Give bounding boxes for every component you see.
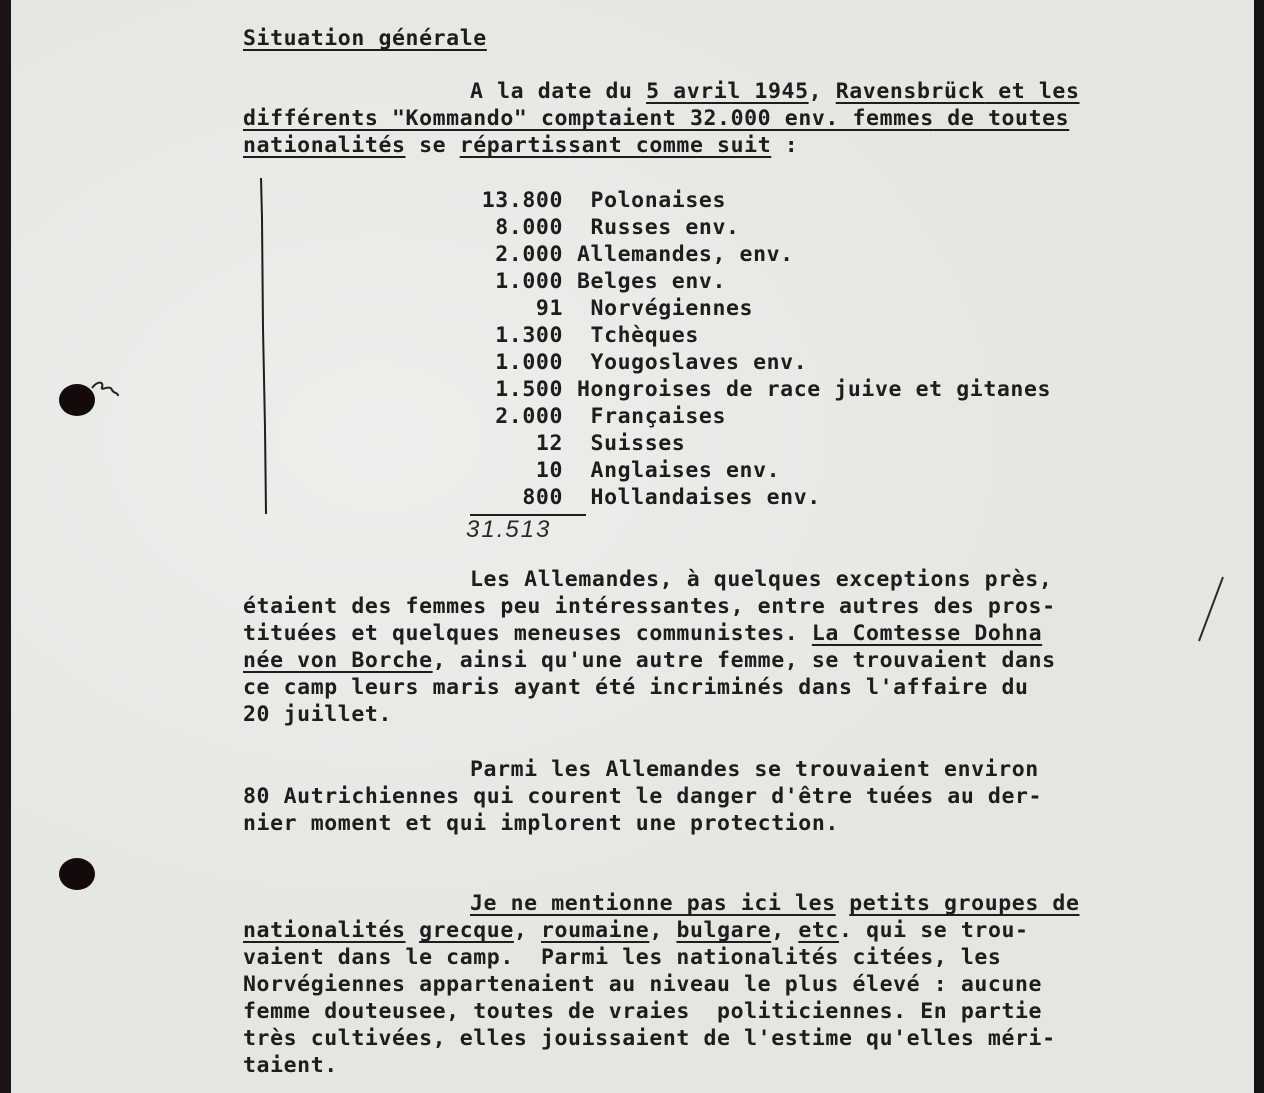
breakdown-label: Anglaises env. — [577, 458, 780, 484]
breakdown-count: 800 — [443, 485, 563, 511]
breakdown-row: 1.000 Yougoslaves env. — [443, 350, 1143, 376]
ink-scribble-icon — [90, 378, 120, 400]
para4-line-7: taient. — [243, 1053, 338, 1079]
text: de toutes — [934, 106, 1069, 131]
breakdown-row: 2.000 Françaises — [443, 404, 1143, 430]
text: , — [771, 918, 798, 943]
text: différents "Kommando" — [243, 106, 527, 131]
breakdown-label: Yougoslaves env. — [577, 350, 807, 376]
text: nationalités — [243, 133, 406, 158]
text: née von Borche — [243, 648, 433, 673]
margin-bracket-line — [259, 178, 269, 514]
text: se — [406, 133, 460, 158]
breakdown-row: 2.000Allemandes, env. — [443, 242, 1143, 268]
text: La Comtesse Dohna — [812, 621, 1042, 646]
breakdown-label: Françaises — [577, 404, 726, 430]
para4-line-6: très cultivées, elles jouissaient de l'e… — [243, 1026, 1056, 1052]
scanned-page: Situation générale A la date du 5 avril … — [0, 0, 1264, 1093]
text: , ainsi qu'une autre femme, se trouvaien… — [433, 648, 1056, 673]
breakdown-row: 800 Hollandaises env. — [443, 485, 1143, 511]
breakdown-count: 1.000 — [443, 350, 563, 376]
breakdown-label: Hongroises de race juive et gitanes — [577, 377, 1051, 403]
para3-line-2: 80 Autrichiennes qui courent le danger d… — [243, 784, 1042, 810]
text: A la date du — [470, 79, 646, 104]
para3-line-3: nier moment et qui implorent une protect… — [243, 811, 839, 837]
breakdown-count: 2.000 — [443, 242, 563, 268]
para4-line-2: nationalités grecque, roumaine, bulgare,… — [243, 918, 1029, 944]
breakdown-count: 2.000 — [443, 404, 563, 430]
scan-border-right — [1254, 0, 1264, 1093]
section-heading: Situation générale — [243, 26, 487, 52]
text: bulgare — [676, 918, 771, 943]
breakdown-count: 1.500 — [443, 377, 563, 403]
breakdown-row: 12 Suisses — [443, 431, 1143, 457]
para3-line-1: Parmi les Allemandes se trouvaient envir… — [470, 757, 1039, 783]
breakdown-row: 1.500Hongroises de race juive et gitanes — [443, 377, 1143, 403]
margin-pencil-mark — [1195, 575, 1225, 645]
breakdown-count: 1.300 — [443, 323, 563, 349]
intro-line-1: A la date du 5 avril 1945, Ravensbrück e… — [470, 79, 1080, 105]
breakdown-count: 91 — [443, 296, 563, 322]
breakdown-label: Russes env. — [577, 215, 740, 241]
para4-line-3: vaient dans le camp. Parmi les nationali… — [243, 945, 1001, 971]
intro-line-2: différents "Kommando" comptaient 32.000 … — [243, 106, 1069, 132]
para4-line-1: Je ne mentionne pas ici les petits group… — [470, 891, 1080, 917]
breakdown-count: 8.000 — [443, 215, 563, 241]
handwritten-total: 31.513 — [466, 516, 551, 544]
text: tituées et quelques meneuses communistes… — [243, 621, 812, 646]
scan-border-left — [0, 0, 11, 1093]
breakdown-row: 10 Anglaises env. — [443, 458, 1143, 484]
intro-line-3: nationalités se répartissant comme suit … — [243, 133, 798, 159]
text: etc — [798, 918, 839, 943]
place-text: Ravensbrück — [836, 79, 985, 104]
breakdown-count: 1.000 — [443, 269, 563, 295]
para2-line-1: Les Allemandes, à quelques exceptions pr… — [470, 567, 1052, 593]
text: : — [771, 133, 798, 158]
breakdown-row: 8.000 Russes env. — [443, 215, 1143, 241]
breakdown-label: Hollandaises env. — [577, 485, 821, 511]
punch-hole — [59, 858, 95, 890]
breakdown-label: Norvégiennes — [577, 296, 753, 322]
breakdown-row: 1.300 Tchèques — [443, 323, 1143, 349]
para2-line-4: née von Borche, ainsi qu'une autre femme… — [243, 648, 1056, 674]
breakdown-row: 91 Norvégiennes — [443, 296, 1143, 322]
para2-line-2: étaient des femmes peu intéressantes, en… — [243, 594, 1056, 620]
text: , — [514, 918, 541, 943]
breakdown-count: 10 — [443, 458, 563, 484]
text: . qui se trou- — [839, 918, 1029, 943]
breakdown-count: 12 — [443, 431, 563, 457]
para4-line-4: Norvégiennes appartenaient au niveau le … — [243, 972, 1042, 998]
text — [836, 891, 850, 916]
date-text: 5 avril 1945 — [646, 79, 809, 104]
text: , — [649, 918, 676, 943]
breakdown-label: Tchèques — [577, 323, 699, 349]
para2-line-6: 20 juillet. — [243, 702, 392, 728]
breakdown-row: 13.800 Polonaises — [443, 188, 1143, 214]
text: Je ne mentionne pas ici les — [470, 891, 836, 916]
text: roumaine — [541, 918, 649, 943]
text: , — [809, 79, 836, 104]
text: répartissant comme suit — [460, 133, 772, 158]
para2-line-5: ce camp leurs maris ayant été incriminés… — [243, 675, 1029, 701]
text: grecque — [419, 918, 514, 943]
breakdown-label: Suisses — [577, 431, 685, 457]
heading-text: Situation générale — [243, 26, 487, 51]
para2-line-3: tituées et quelques meneuses communistes… — [243, 621, 1042, 647]
breakdown-label: Allemandes, env. — [577, 242, 794, 268]
text — [406, 918, 420, 943]
para4-line-5: femme douteusee, toutes de vraies politi… — [243, 999, 1042, 1025]
text: petits groupes de — [849, 891, 1079, 916]
breakdown-label: Belges env. — [577, 269, 726, 295]
breakdown-label: Polonaises — [577, 188, 726, 214]
text: comptaient 32.000 env. femmes — [527, 106, 933, 131]
text: et les — [985, 79, 1080, 104]
breakdown-row: 1.000Belges env. — [443, 269, 1143, 295]
text: nationalités — [243, 918, 406, 943]
breakdown-count: 13.800 — [443, 188, 563, 214]
